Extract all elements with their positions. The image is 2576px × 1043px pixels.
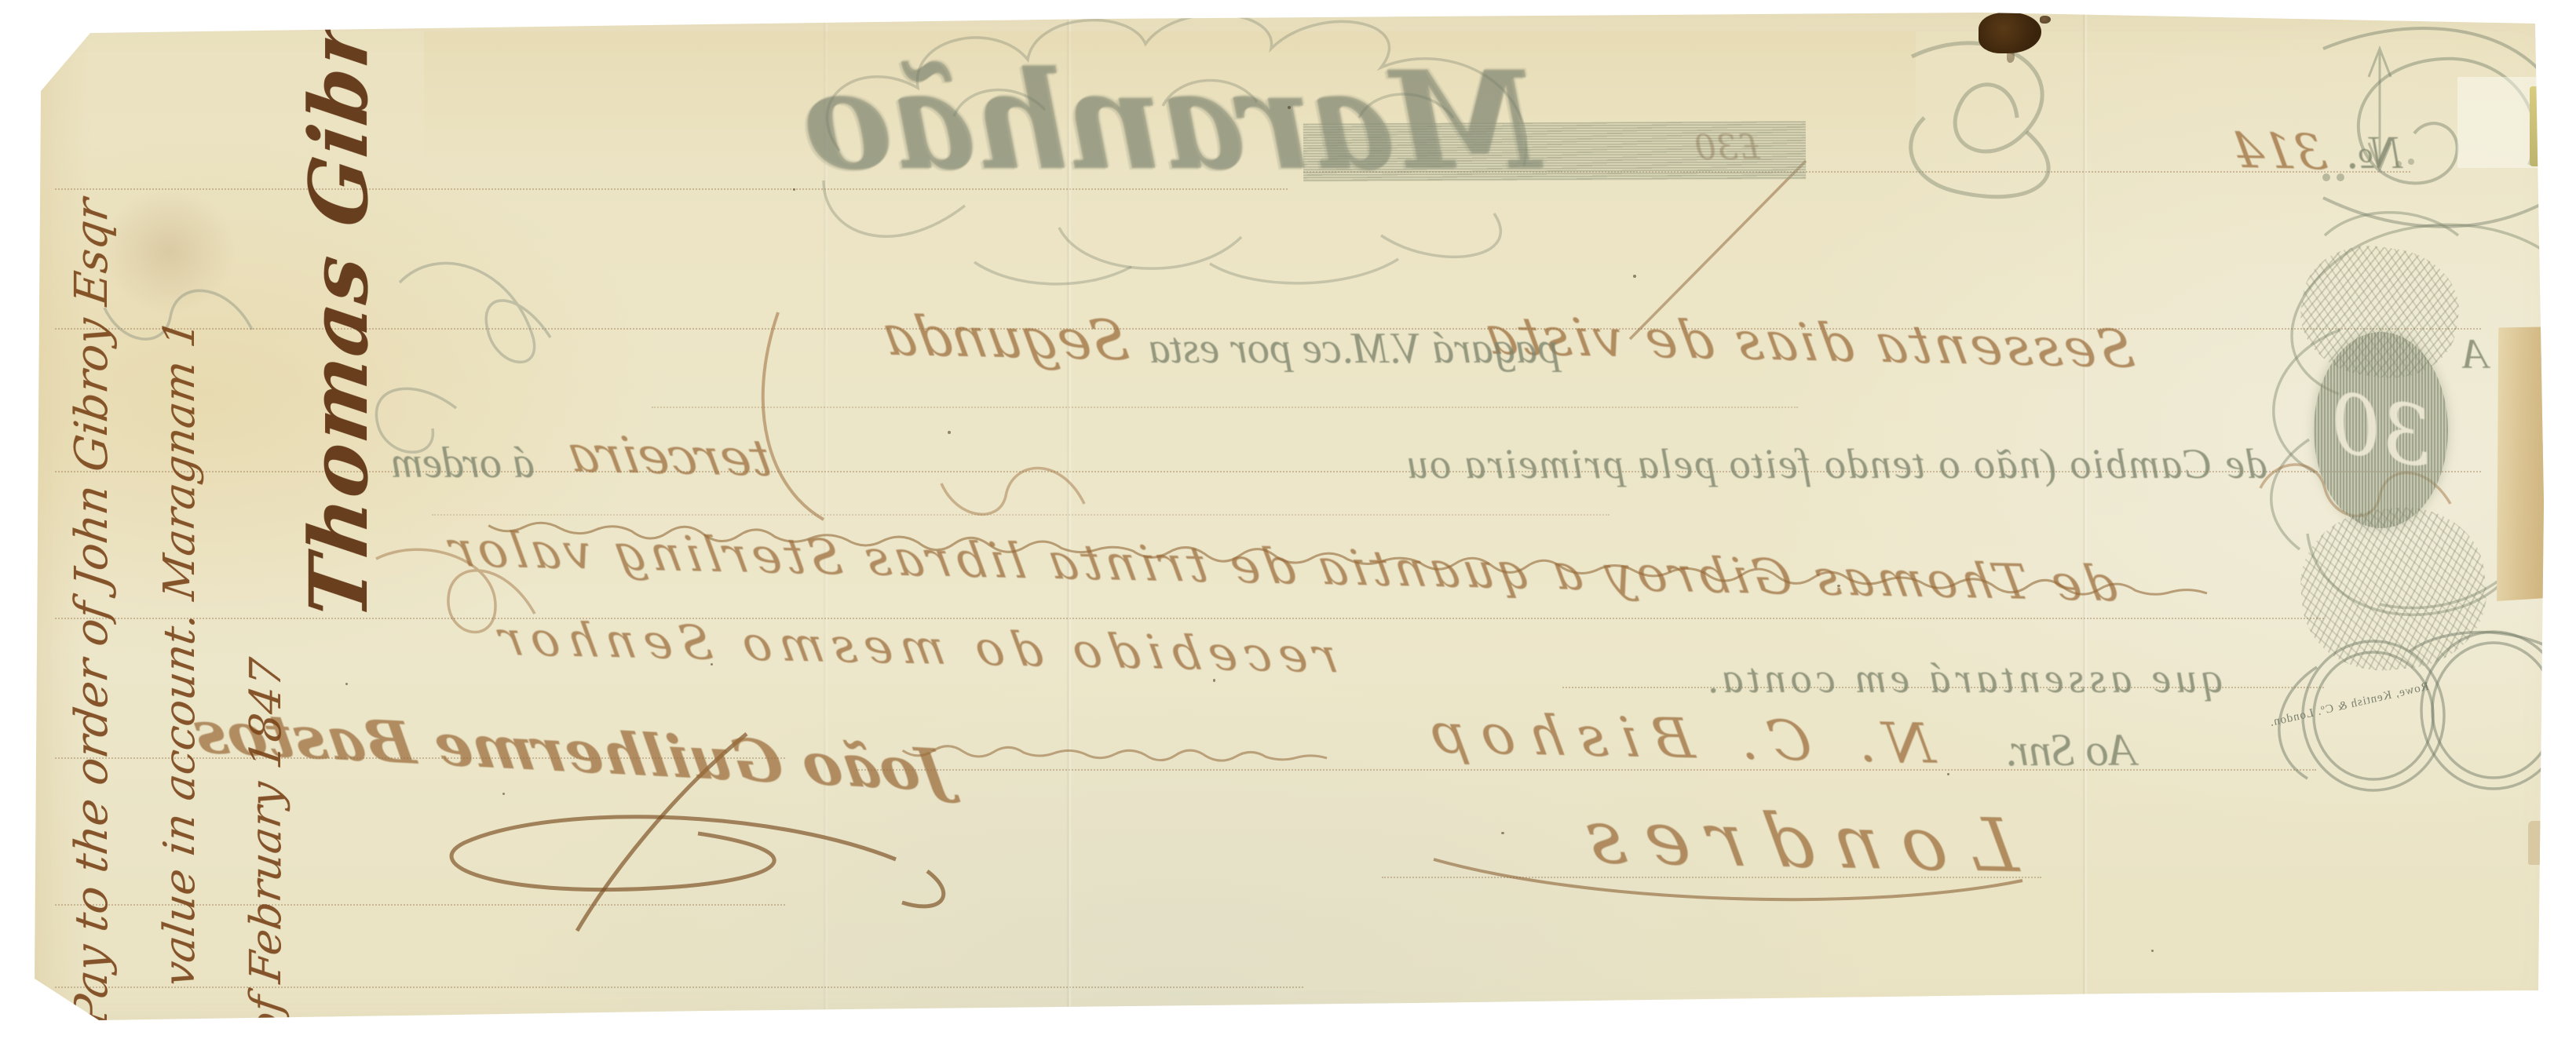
endorsement-line-3: of February 1847 [240, 626, 290, 1041]
form-number: №. 314 [2233, 122, 2402, 180]
form-line2-print-b: á ordem [391, 438, 535, 488]
speck [345, 683, 348, 685]
endorsement-line-1: Pay to the order of John Gibroy Esqr [66, 68, 118, 1029]
descender-flourish [763, 312, 824, 520]
medallion-value: 30 [2322, 374, 2441, 486]
scanned-bill-of-exchange: Maranhão £30 №. 314 A Sessenta dias de v… [0, 0, 2576, 1043]
speck [1213, 679, 1215, 682]
speck [1837, 585, 1840, 587]
band-amount: £30 [1694, 128, 1760, 168]
form-number-value: 314 [2227, 122, 2330, 181]
speck [1947, 773, 1949, 775]
form-line1-print: pagará V.M.ce por esta [1149, 323, 1559, 374]
paper-sheet: Maranhão £30 №. 314 A Sessenta dias de v… [0, 0, 2576, 1043]
form-line2-print: de Cambio (não o tendo feito pela primei… [1405, 439, 2267, 488]
cipher-flourish-icon [1911, 43, 2048, 197]
form-line1-start: A [2462, 330, 2488, 378]
speck [2151, 950, 2154, 952]
speck [1633, 275, 1636, 278]
tape-remnant-yellow [2530, 86, 2550, 166]
speck [1501, 832, 1504, 834]
pen-filler-wave [903, 746, 1327, 760]
speck [502, 793, 505, 795]
form-addressee-label: Ao Snr. [2004, 724, 2136, 776]
tape-remnant-large [2490, 325, 2564, 603]
form-number-label: №. [2345, 126, 2402, 178]
hand-via: Segunda [877, 304, 1133, 373]
hand-addressee: N. C. Bishop [1412, 701, 1938, 776]
endorsement-line-2: value in account. Maragnam 1 [154, 123, 204, 990]
hand-terceira: terceira [563, 425, 776, 487]
speck [948, 431, 951, 434]
endorsement-signature: Thomas Gibroy [292, 61, 386, 624]
engine-turned-band: £30 [1303, 121, 1806, 181]
speck [793, 188, 795, 191]
tape-remnant-translucent [2457, 77, 2539, 168]
hand-place: Londres [1558, 794, 2023, 889]
speck [1288, 106, 1291, 109]
bleedthrough-layer: Maranhão £30 №. 314 A Sessenta dias de v… [0, 0, 2576, 1043]
tape-remnant-small [2528, 821, 2566, 865]
speck [711, 663, 713, 666]
form-line5-print: que assentará em conta. [1702, 654, 2223, 702]
